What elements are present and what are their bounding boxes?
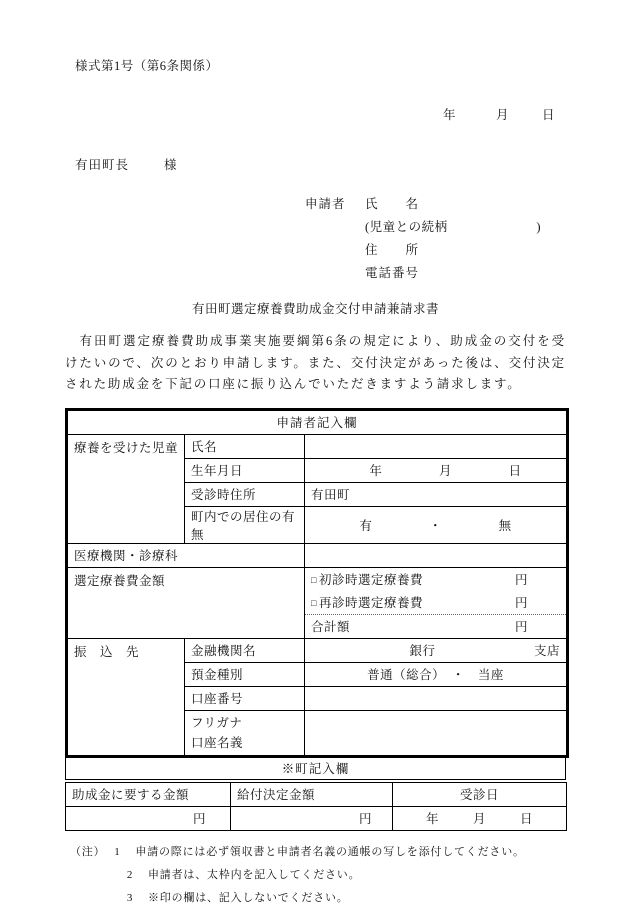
bank-name-value-cell: 銀行 支店 [305, 638, 568, 662]
note-number: 2 [124, 864, 136, 887]
checkbox-icon[interactable]: □ [311, 598, 317, 608]
note-number: 3 [124, 887, 136, 903]
account-holder-label-cell: フリガナ 口座名義 [185, 710, 305, 756]
subsidy-amount-label: 助成金に要する金額 [66, 782, 231, 806]
birth-label: 生年月日 [185, 458, 305, 482]
child-group-label: 療養を受けた児童 [67, 434, 185, 543]
account-number-label: 口座番号 [185, 686, 305, 710]
subsidy-amount-unit: 円 [66, 806, 231, 830]
fee-first-visit-unit: 円 [515, 570, 528, 588]
date-day-label: 日 [542, 105, 555, 123]
residence-dot: ・ [429, 516, 442, 534]
grant-decision-unit: 円 [231, 806, 393, 830]
account-holder-value-cell [305, 710, 568, 756]
addressee: 有田町長 [75, 158, 129, 172]
visit-address-label: 受診時住所 [185, 482, 305, 506]
town-entry-header: ※町記入欄 [65, 758, 566, 780]
fee-total-label: 合計額 [311, 617, 350, 635]
fee-return-visit-cell: □再診時選定療養費 円 [305, 591, 568, 615]
applicant-table-title: 申請者記入欄 [67, 409, 568, 434]
applicant-label: 申請者 [305, 193, 365, 285]
note-item-2: 2 申請者は、太枠内を記入してください。 [124, 864, 566, 887]
fee-group-label: 選定療養費金額 [67, 567, 305, 638]
applicant-entry-table: 申請者記入欄 療養を受けた児童 氏名 生年月日 年 月 日 受診時住所 有田町 … [65, 408, 569, 758]
residence-value-cell: 有 ・ 無 [305, 506, 568, 543]
fee-return-visit-unit: 円 [515, 593, 528, 611]
date-month-label: 月 [496, 105, 509, 123]
furigana-label: フリガナ [191, 713, 298, 733]
visit-address-value: 有田町 [305, 482, 568, 506]
visit-month-label: 月 [473, 809, 486, 827]
visit-date-label: 受診日 [393, 782, 567, 806]
visit-year-label: 年 [426, 809, 439, 827]
note-item-3: 3 ※印の欄は、記入しないでください。 [124, 887, 566, 903]
note-number: 1 [111, 841, 123, 864]
bank-name-label: 金融機関名 [185, 638, 305, 662]
child-name-value-cell [305, 434, 568, 458]
checkbox-icon[interactable]: □ [311, 575, 317, 585]
note-text: 申請の際には必ず領収書と申請者名義の通帳の写しを添付してください。 [135, 841, 524, 864]
branch-suffix-label: 支店 [534, 641, 560, 659]
note-text: 申請者は、太枠内を記入してください。 [148, 864, 360, 887]
residence-no-option: 無 [499, 516, 512, 534]
deposit-type-label: 預金種別 [185, 662, 305, 686]
fee-first-visit-label: 初診時選定療養費 [319, 573, 423, 587]
birth-year-label: 年 [369, 461, 382, 479]
applicant-block: 申請者 氏 名 (児童との続柄 ) 住 所 電話番号 [305, 193, 566, 285]
document-title: 有田町選定療養費助成金交付申請兼請求書 [65, 299, 566, 317]
honorific: 様 [164, 158, 178, 172]
town-entry-table: 助成金に要する金額 給付決定金額 受診日 円 円 年 月 日 [65, 782, 567, 831]
document-page: 様式第1号（第6条関係） 年 月 日 有田町長様 申請者 氏 名 (児童との続柄… [0, 0, 630, 903]
child-name-label: 氏名 [185, 434, 305, 458]
birth-day-label: 日 [509, 461, 522, 479]
birth-value-cell: 年 月 日 [305, 458, 568, 482]
applicant-phone-label: 電話番号 [365, 262, 566, 285]
residence-label: 町内での居住の有無 [185, 506, 305, 543]
deposit-type-options: 普通（総合） ・ 当座 [305, 662, 568, 686]
institution-label: 医療機関・診療科 [67, 543, 305, 567]
applicant-relation-line: (児童との続柄 ) [365, 216, 541, 239]
date-line: 年 月 日 [65, 105, 566, 123]
date-year-label: 年 [443, 105, 456, 123]
notes-block: （注） 1 申請の際には必ず領収書と申請者名義の通帳の写しを添付してください。 … [70, 841, 566, 903]
relation-open: (児童との続柄 [365, 216, 448, 239]
relation-close: ) [536, 216, 541, 239]
addressee-line: 有田町長様 [75, 155, 566, 173]
holder-label: 口座名義 [191, 733, 298, 753]
birth-month-label: 月 [439, 461, 452, 479]
visit-date-value-cell: 年 月 日 [393, 806, 567, 830]
visit-day-label: 日 [520, 809, 533, 827]
residence-yes-option: 有 [359, 516, 372, 534]
note-item-1: （注） 1 申請の際には必ず領収書と申請者名義の通帳の写しを添付してください。 [70, 841, 566, 864]
applicant-name-label: 氏 名 [365, 193, 566, 216]
applicant-address-label: 住 所 [365, 239, 566, 262]
bank-suffix-label: 銀行 [311, 641, 534, 659]
note-text: ※印の欄は、記入しないでください。 [148, 887, 349, 903]
grant-decision-label: 給付決定金額 [231, 782, 393, 806]
institution-value-cell [305, 543, 568, 567]
fee-first-visit-cell: □初診時選定療養費 円 [305, 567, 568, 591]
fee-total-cell: 合計額 円 [305, 614, 568, 638]
form-number: 様式第1号（第6条関係） [75, 56, 566, 74]
fee-return-visit-label: 再診時選定療養費 [319, 596, 423, 610]
body-paragraph: 有田町選定療養費助成事業実施要綱第6条の規定により、助成金の交付を受けたいので、… [65, 331, 566, 396]
transfer-group-label: 振 込 先 [67, 638, 185, 756]
fee-total-unit: 円 [515, 617, 528, 635]
note-prefix: （注） [70, 841, 105, 864]
account-number-value-cell [305, 686, 568, 710]
